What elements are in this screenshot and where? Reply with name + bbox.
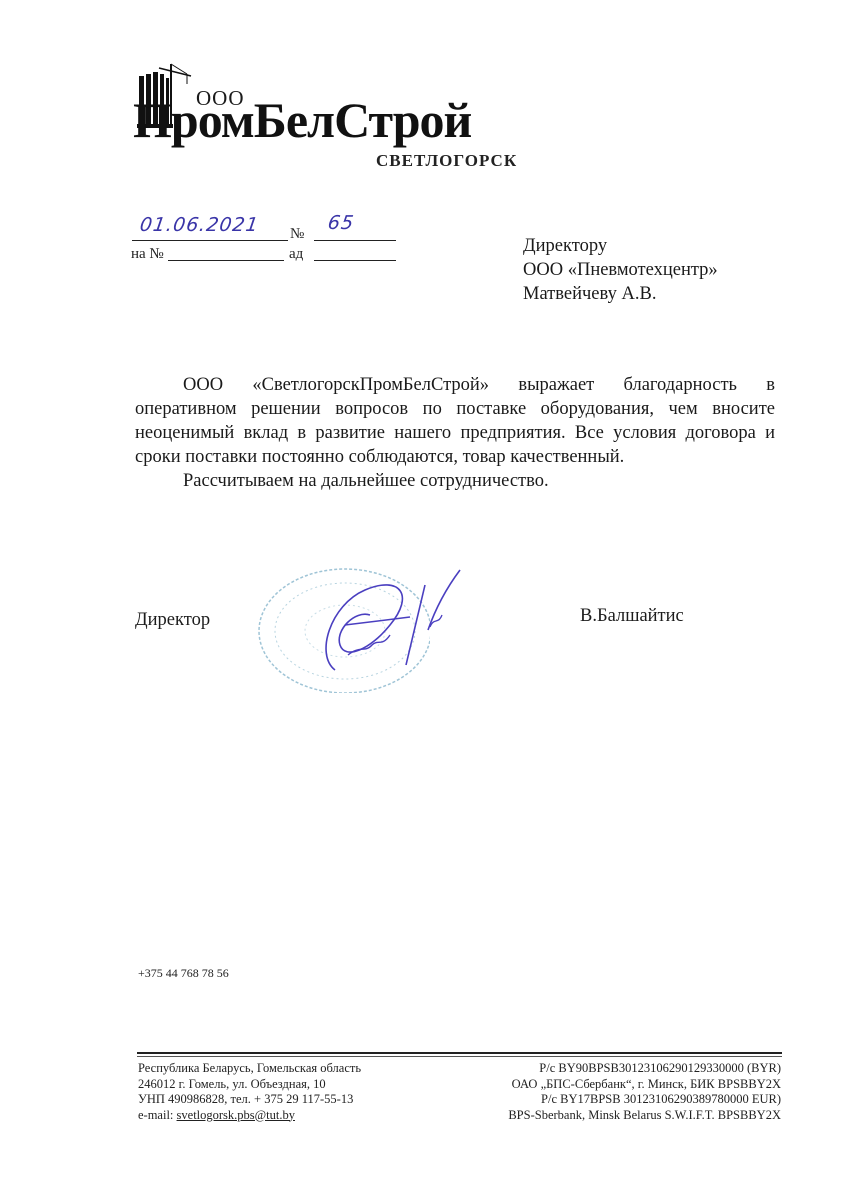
body-paragraph: ООО «СветлогорскПромБелСтрой» выражает б…: [135, 373, 775, 469]
signatory-name: В.Балшайтис: [580, 606, 684, 627]
footer-country: Республика Беларусь, Гомельская область: [138, 1061, 361, 1077]
letter-body: ООО «СветлогорскПромБелСтрой» выражает б…: [135, 373, 775, 493]
bank-account-byr: Р/с BY90BPSB30123106290129330000 (BYR): [508, 1061, 781, 1077]
addressee-name: Матвейчеву А.В.: [523, 282, 718, 306]
footer-street: 246012 г. Гомель, ул. Объездная, 10: [138, 1077, 361, 1093]
addressee-position: Директору: [523, 234, 718, 258]
bank-name: ОАО „БПС-Сбербанк“, г. Минск, БИК BPSBBY…: [508, 1077, 781, 1093]
reply-number-line: [168, 260, 284, 261]
bank-account-eur: Р/с BY17BPSB 30123106290389780000 EUR): [508, 1092, 781, 1108]
date-line: [132, 240, 288, 241]
footer-divider: [137, 1052, 782, 1054]
number-line: [314, 240, 396, 241]
logo-city: СВЕТЛОГОРСК: [376, 151, 517, 171]
handwritten-number: 65: [326, 212, 355, 234]
body-paragraph: Рассчитываем на дальнейшее сотрудничеств…: [135, 469, 775, 493]
logo-company-name: ПромБелСтрой: [133, 95, 471, 145]
footer-divider-thin: [137, 1056, 782, 1057]
footer-address: Республика Беларусь, Гомельская область …: [138, 1061, 361, 1123]
reply-date-label: ад: [289, 246, 303, 263]
email-label: e-mail:: [138, 1108, 177, 1122]
footer-email-row: e-mail: svetlogorsk.pbs@tut.by: [138, 1108, 361, 1124]
reply-date-line: [314, 260, 396, 261]
addressee-company: ООО «Пневмотехцентр»: [523, 258, 718, 282]
footer-bank-details: Р/с BY90BPSB30123106290129330000 (BYR) О…: [508, 1061, 781, 1123]
signatory-title: Директор: [135, 610, 210, 631]
handwritten-date: 01.06.2021: [138, 214, 260, 236]
number-label: №: [290, 226, 304, 243]
email-link[interactable]: svetlogorsk.pbs@tut.by: [177, 1108, 295, 1122]
footer-unp-phone: УНП 490986828, тел. + 375 29 117-55-13: [138, 1092, 361, 1108]
contact-phone: +375 44 768 78 56: [138, 966, 229, 981]
addressee: Директору ООО «Пневмотехцентр» Матвейчев…: [523, 234, 718, 306]
reply-to-label: на №: [131, 246, 164, 263]
handwritten-signature-icon: [310, 565, 470, 675]
bank-swift: BPS-Sberbank, Minsk Belarus S.W.I.F.T. B…: [508, 1108, 781, 1124]
